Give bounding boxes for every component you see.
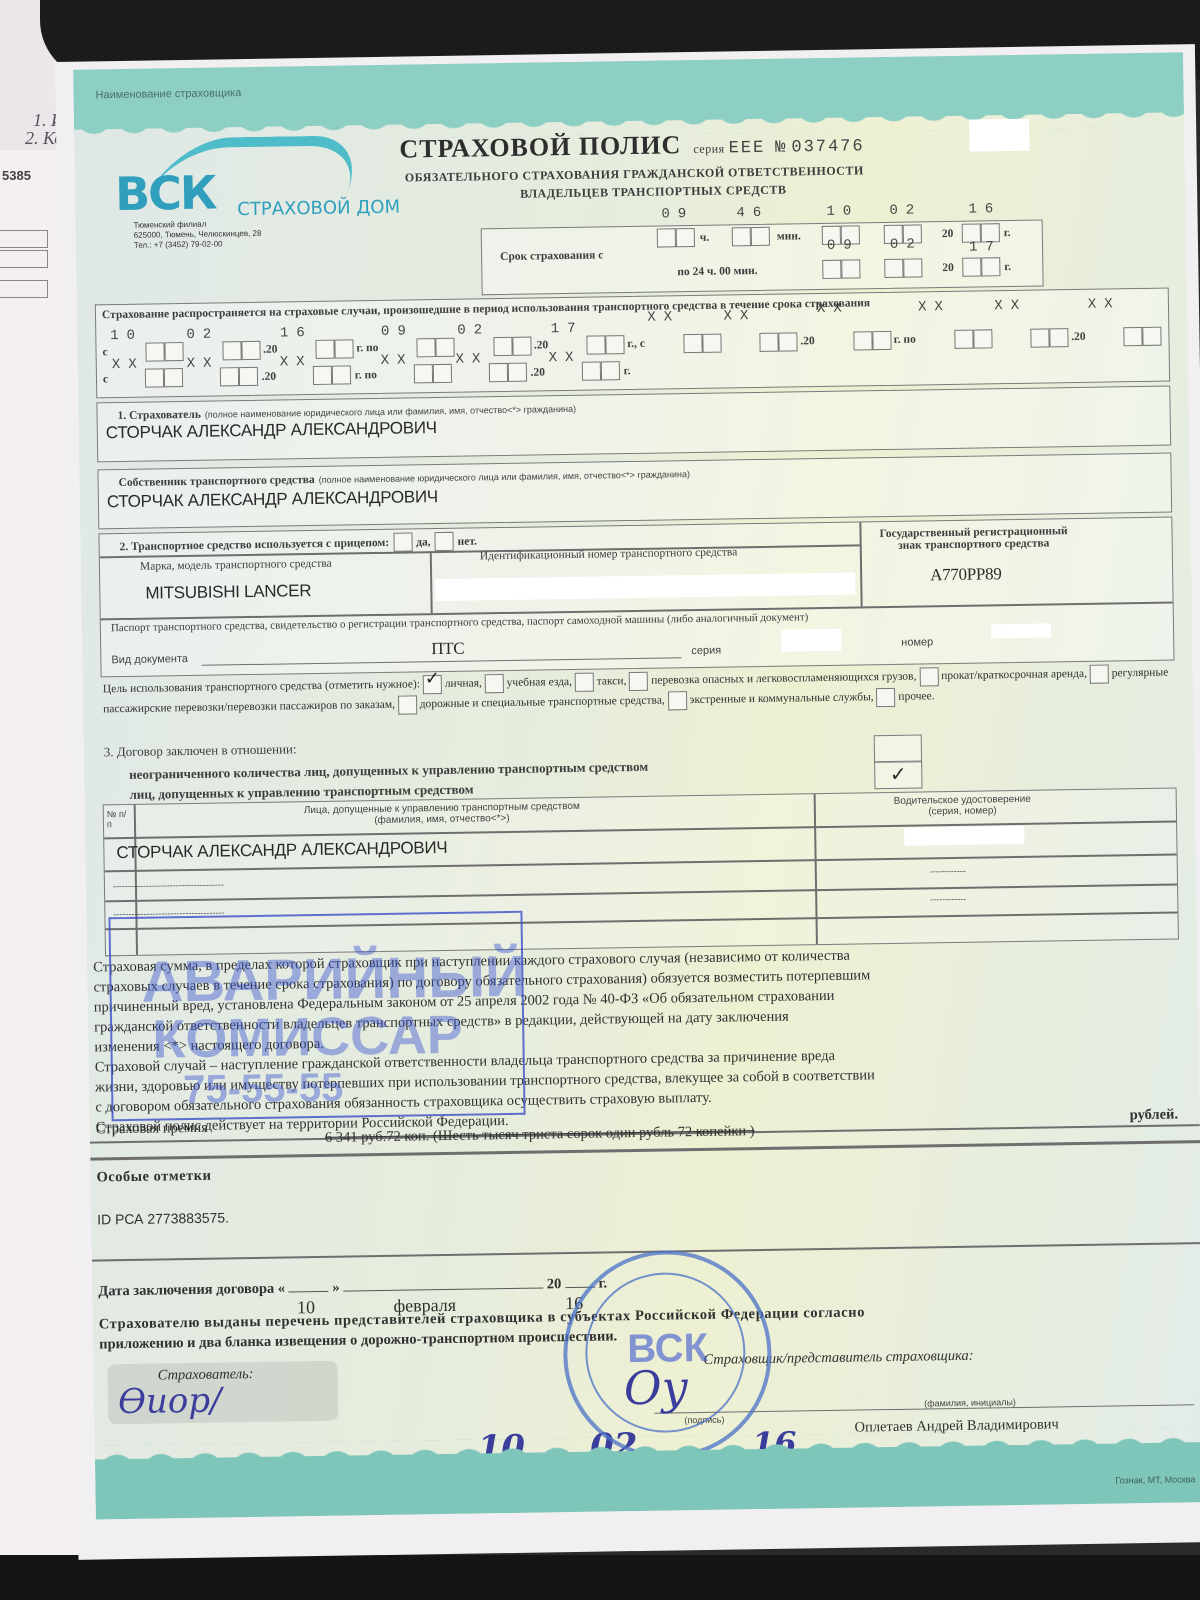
insured-name: СТОРЧАК АЛЕКСАНДР АЛЕКСАНДРОВИЧ: [106, 418, 437, 443]
period-from-month: 02: [186, 326, 219, 343]
side-document-number: 5385: [2, 168, 31, 183]
plate-label: Государственный регистрационный знак тра…: [879, 525, 1067, 552]
crossed-mark: XX: [994, 298, 1027, 315]
special-notes-label: Особые отметки: [96, 1166, 211, 1188]
contract-unlimited-checkbox[interactable]: [874, 734, 922, 763]
side-document-box: [0, 230, 48, 248]
driver-license: ------------: [930, 894, 966, 905]
doc-type-value: ПТС: [431, 639, 464, 660]
round-stamp-center: ВСК: [627, 1326, 708, 1372]
policy-sheet: Наименование страховщика ВСК СТРАХОВОЙ Д…: [73, 52, 1200, 1519]
branch-phone: Тел.: +7 (3452) 79-02-00: [134, 239, 262, 251]
term-to-year: 17: [969, 239, 1002, 256]
year-unit: г.: [1004, 227, 1011, 239]
trailer-yes-checkbox[interactable]: [393, 532, 412, 551]
crossed-mark: XX: [381, 353, 414, 370]
insurer-label: Наименование страховщика: [95, 87, 241, 101]
crossed-mark: XX: [918, 299, 951, 316]
contract-unlimited: неограниченного количества лиц, допущенн…: [129, 759, 648, 783]
purpose-checkbox[interactable]: [1090, 664, 1109, 683]
period-to-day: 09: [381, 323, 414, 340]
insured-signature-box: Страхователь: Ѳиор/: [107, 1361, 338, 1425]
plate-value: А770РР89: [930, 564, 1002, 585]
owner-box: Собственник транспортного средства (полн…: [97, 453, 1172, 530]
divider: [105, 883, 1177, 901]
vsk-logo: ВСК СТРАХОВОЙ ДОМ: [114, 134, 415, 229]
contract-label: 3. Договор заключен в отношении:: [104, 741, 297, 760]
contract-century: 20: [547, 1276, 562, 1292]
insured-hint: (полное наименование юридического лица и…: [205, 404, 576, 420]
purpose-checkbox[interactable]: [919, 667, 938, 686]
vin-label: Идентификационный номер транспортного ср…: [480, 546, 738, 562]
divider: [90, 1140, 1200, 1160]
crossed-mark: XX: [723, 308, 756, 325]
policy-number: 037476: [791, 137, 865, 157]
period-to-month: 02: [457, 322, 490, 339]
usage-period-row-1: с 10 02 .20 16 г. по 09 02 .20 17 г., с …: [102, 327, 1162, 363]
purpose-option: личная,: [445, 677, 482, 690]
purpose-option: экстренные и коммунальные службы,: [689, 691, 873, 706]
usage-period-row-2: с XX XX .20 XX г. по XX XX .20 XX г.: [103, 361, 631, 388]
driver-license: ------------: [930, 866, 966, 877]
plate-label-line: знак транспортного средства: [880, 537, 1068, 552]
owner-label: Собственник транспортного средства: [119, 474, 315, 489]
contract-date-label: Дата заключения договора «: [98, 1281, 285, 1300]
term-to-month: 02: [890, 236, 923, 253]
insurance-term-box: Срок страхования с 09 ч. 46 мин. 10 02 2…: [481, 220, 1044, 296]
period-from-day: 10: [110, 328, 143, 345]
guilloche-border-bottom: Гознак, МТ, Москва: [95, 1442, 1200, 1519]
purpose-checkbox[interactable]: [485, 674, 504, 693]
century: 20: [942, 228, 954, 240]
driver-name: СТОРЧАК АЛЕКСАНДР АЛЕКСАНДРОВИЧ: [116, 838, 447, 863]
purpose-option: прокат/краткосрочная аренда,: [941, 668, 1087, 682]
emergency-commissioner-stamp: АВАРИЙНЫЙ КОМИССАР 75-55-55: [108, 911, 525, 1121]
purpose-checkbox-personal[interactable]: ✓: [423, 675, 442, 694]
period-from-year: 16: [280, 325, 313, 342]
redacted-number: [969, 119, 1029, 152]
redacted-doc-number: [991, 623, 1051, 638]
policy-subtitle-1: ОБЯЗАТЕЛЬНОГО СТРАХОВАНИЯ ГРАЖДАНСКОЙ ОТ…: [405, 163, 864, 185]
branch-info: Тюменский филиал 625000, Тюмень, Челюски…: [134, 219, 262, 251]
divider: [859, 522, 862, 606]
crossed-mark: XX: [817, 301, 850, 318]
purpose-option: такси,: [597, 675, 627, 687]
term-label: Срок страхования с: [500, 249, 603, 263]
col-header-license-line: (серия, номер): [894, 805, 1031, 818]
purpose-label: Цель использования транспортного средств…: [103, 678, 420, 695]
divider: [430, 551, 432, 613]
purpose-checkbox[interactable]: [629, 672, 648, 691]
series-value: ЕЕЕ: [729, 139, 766, 159]
year-unit: г.: [1004, 261, 1011, 273]
crossed-mark: XX: [455, 351, 488, 368]
redacted-vin: [435, 572, 855, 601]
quote: »: [332, 1280, 340, 1296]
purpose-checkbox[interactable]: [667, 691, 686, 710]
crossed-mark: XX: [280, 354, 313, 371]
col-header-name: Лица, допущенные к управлению транспортн…: [304, 801, 580, 827]
purpose-option: учебная езда,: [507, 676, 573, 689]
crossed-mark: XX: [187, 356, 220, 373]
doc-label: Паспорт транспортного средства, свидетел…: [111, 611, 809, 634]
trailer-label: 2. Транспортное средство используется с …: [120, 537, 390, 553]
col-header-license: Водительское удостоверение (серия, номер…: [894, 794, 1032, 818]
side-document-box: [0, 280, 48, 298]
purpose-option: перевозка опасных и легковоспламеняющихс…: [651, 671, 916, 687]
series-label: серия: [693, 141, 724, 155]
contract-limited-checkbox[interactable]: ✓: [874, 760, 922, 789]
contract-date: Дата заключения договора « 10 » февраля …: [98, 1273, 607, 1301]
doc-series-label: серия: [691, 645, 721, 657]
crossed-mark: XX: [112, 357, 145, 374]
make-label: Марка, модель транспортного средства: [140, 558, 332, 573]
policy-subtitle-2: ВЛАДЕЛЬЦЕВ ТРАНСПОРТНЫХ СРЕДСТВ: [520, 183, 787, 202]
number-sign: №: [775, 139, 788, 158]
crossed-mark: XX: [549, 350, 582, 367]
stamp-line: 75-55-55: [183, 1066, 344, 1114]
hour-unit: ч.: [700, 232, 710, 244]
usage-period-box: Страхование распространяется на страховы…: [95, 288, 1170, 399]
term-from-min: 46: [736, 205, 769, 222]
purpose-checkbox[interactable]: [876, 688, 895, 707]
desk-surface: [0, 1555, 1200, 1600]
logo-brand: ВСК: [115, 165, 216, 221]
term-to-label: по 24 ч. 00 мин.: [677, 265, 757, 278]
purpose-checkbox[interactable]: [575, 672, 594, 691]
crossed-mark: XX: [647, 309, 680, 326]
divider: [814, 794, 818, 944]
owner-hint: (полное наименование юридического лица и…: [319, 469, 690, 485]
logo-tagline: СТРАХОВОЙ ДОМ: [237, 197, 400, 221]
term-from-day: 10: [826, 203, 859, 220]
from-label: с: [102, 346, 107, 358]
owner-name: СТОРЧАК АЛЕКСАНДР АЛЕКСАНДРОВИЧ: [107, 487, 438, 512]
redacted-doc-series: [781, 629, 841, 652]
term-from-hour: 09: [661, 206, 694, 223]
driver-name: -------------------------------------: [113, 879, 224, 891]
printer-mark: Гознак, МТ, Москва: [1115, 1474, 1195, 1485]
insured-label: 1. Страхователь: [117, 409, 201, 422]
purpose-option: дорожные и специальные транспортные сред…: [420, 695, 665, 711]
term-to-day: 09: [827, 237, 860, 254]
redacted-license: [904, 826, 1024, 846]
min-unit: мин.: [777, 230, 801, 242]
term-from-year: 16: [968, 201, 1001, 218]
col-header-no: № п/п: [107, 809, 131, 829]
term-from-month: 02: [889, 202, 922, 219]
side-document-box: [0, 250, 48, 268]
vehicle-box: 2. Транспортное средство используется с …: [98, 517, 1174, 678]
insured-box: 1. Страхователь (полное наименование юри…: [96, 386, 1171, 463]
century: 20: [942, 262, 954, 274]
name-caption: (фамилия, инициалы): [924, 1397, 1016, 1408]
trailer-yes-label: да,: [416, 536, 431, 548]
make-value: MITSUBISHI LANCER: [145, 581, 311, 604]
stamp-line: КОМИССАР: [152, 1004, 463, 1071]
insurance-policy: Наименование страховщика ВСК СТРАХОВОЙ Д…: [55, 44, 1200, 1560]
doc-type-label: Вид документа: [111, 653, 188, 666]
premium-unit: рублей.: [1130, 1104, 1179, 1125]
period-to-year: 17: [551, 321, 584, 338]
purpose-option: прочее.: [898, 690, 934, 703]
policy-title: СТРАХОВОЙ ПОЛИС: [399, 130, 681, 163]
insured-signature: Ѳиор/: [118, 1381, 222, 1423]
policy-header: СТРАХОВОЙ ПОЛИС серия ЕЕЕ № 037476: [399, 127, 865, 164]
insurer-round-stamp: ВСК: [562, 1249, 773, 1460]
purpose-checkbox[interactable]: [398, 695, 417, 714]
special-notes-value: ID РСА 2773883575.: [97, 1207, 229, 1229]
trailer-no-label: нет.: [458, 536, 478, 548]
trailer-no-checkbox[interactable]: [434, 532, 453, 551]
crossed-mark: XX: [1088, 296, 1121, 313]
doc-number-label: номер: [901, 636, 933, 649]
